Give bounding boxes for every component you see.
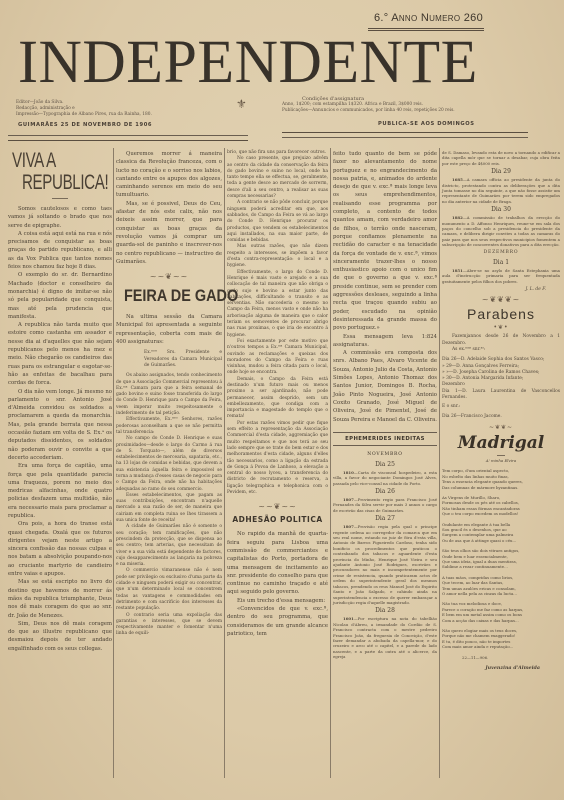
poem-date: 22—11—906.: [442, 655, 560, 660]
emblem-icon: ⚜: [236, 97, 247, 111]
ornament-divider: •❦•: [442, 324, 560, 331]
article-paragraph: A coisa está aqui está na rua e nós prec…: [8, 230, 112, 271]
article-paragraph: Mas se está escripto no livro do destino…: [8, 578, 112, 619]
header-rule-left: [8, 135, 248, 141]
poem-stanza: Ondulante em elegante á tua bellaSou gra…: [442, 522, 560, 544]
ornament-divider: ~❦❦~: [442, 424, 560, 431]
header-rule-right: [282, 132, 528, 138]
headline-madrigal: Madrigal: [442, 433, 560, 453]
article-paragraph: Os abaixo assignados, tendo conhecimento…: [116, 373, 222, 417]
column-parabens-madrigal: de S. Damaso, levando esta de novo a tor…: [442, 150, 560, 671]
column-viva-republica: VIVA A REPUBLICA! Somos cautelosos e com…: [8, 150, 112, 653]
poem-stanza: Não quero elogiar mais os teus doces,Por…: [442, 628, 560, 650]
dateline: GUIMARÃES 25 DE NOVEMBRO DE 1906: [18, 122, 152, 128]
article-paragraph: Foi exactamente por este motivo que n'ou…: [227, 339, 328, 377]
address-line: Ex.ᵐᵒˢ Srs. Presidente e Vereadores da C…: [144, 350, 222, 369]
article-paragraph: Ora pois, a hora do transe está quasi ch…: [8, 520, 112, 578]
article-paragraph: Demais, o Campo da Feira está destinado …: [227, 377, 328, 421]
conditions-line-2: Publicações—Annuncios e communicados, po…: [282, 108, 482, 114]
newspaper-page: 6.° Anno Numero 260 INDEPENDENTE Editor—…: [0, 0, 564, 800]
poem-stanza: Tem corpo, d'um oriental aspecto,No esbe…: [442, 468, 560, 490]
parabens-intro: Fazemjannos desde 26 de Novembro a 1 Dez…: [442, 334, 560, 347]
poem-stanza: A tuas mãos, compridas como lirios,Que t…: [442, 575, 560, 597]
article-paragraph: O commercio vimaranense não é nem pode s…: [116, 568, 222, 612]
article-paragraph: Era uma força de capitão, uma força que …: [8, 462, 112, 520]
article-paragraph: A commissão era composta dos snrs. Alban…: [333, 349, 437, 424]
article-paragraph: No caso presente, que prejuizo advêm ao …: [227, 156, 328, 200]
entry-year: 1601: [343, 616, 354, 621]
birthday-male-intro: E o snr.:: [442, 404, 560, 410]
ephemeris-entry: 1807—Provimento regio para Francisco Jos…: [333, 497, 437, 513]
article-paragraph: Effectivamente, Ex.ᵐᵒˢ Senhores, razões …: [116, 417, 222, 436]
ephemeris-entry: 1807—Provisão regia pela qual o principe…: [333, 524, 437, 605]
column-feira-de-gado: Queremos morrer á maneira classica da Re…: [116, 150, 222, 638]
article-paragraph: O contrario seria uma expoliação das gar…: [116, 613, 222, 638]
headline-rule: [52, 198, 68, 199]
article-paragraph: A contrario se não pôde concluir, porque…: [227, 200, 328, 244]
column-continuation: brio, que não fira uns para favorecer ou…: [227, 150, 328, 638]
ornament-divider: ~~❦~~: [116, 272, 222, 281]
ephemeris-entry: 1685—A camara officia ao presidente da j…: [442, 177, 560, 204]
day-label: Dia 29: [442, 166, 560, 177]
poem-dedication: A' minha Elvira: [442, 458, 560, 463]
signature: J. L. de F.: [442, 287, 560, 292]
column-divider: [113, 148, 114, 778]
day-label: Dia 25: [333, 459, 437, 470]
masthead-title: INDEPENDENTE: [18, 32, 471, 94]
entry-year: 1882: [452, 215, 463, 220]
imprint-press: Impressão—Typographia de Albano Pires, r…: [16, 112, 216, 118]
poem-stanza: Não tua voz melodiosa e doce,Parece o co…: [442, 601, 560, 623]
article-paragraph: No rapido da manhã de quarta-feira segui…: [227, 530, 328, 596]
ornament-divider: ~❦❦❦~: [442, 295, 560, 304]
article-paragraph: Queremos morrer á maneira classica da Re…: [116, 150, 222, 200]
ornament-divider: ~~❦~~: [227, 502, 328, 511]
ephemeris-entry: 1601—Por escriptura na nota do tabellião…: [333, 616, 437, 659]
entry-text: —Por escriptura na nota do tabellião Nic…: [333, 616, 437, 659]
issue-number: 6.° Anno Numero 260: [373, 12, 483, 28]
article-paragraph: O dia não vem longe. Já mesmo no parlame…: [8, 388, 112, 463]
entry-year: 1810: [343, 470, 354, 475]
day-label: Dia 27: [333, 513, 437, 524]
column-divider: [224, 148, 225, 778]
entry-year: 1807: [343, 524, 354, 529]
ephemeris-entry: 1810—Carta de visconsul hospedeiro, a es…: [333, 470, 437, 486]
entry-year: 1685: [452, 177, 463, 182]
article-paragraph: Eis um trecho d'essa mensagem:: [227, 597, 328, 605]
subscription-conditions: Condições d'assignatura Anno, 1$200; com…: [282, 96, 482, 115]
poem: Tem corpo, d'um oriental aspecto,No esbe…: [442, 468, 560, 671]
article-paragraph: feito tudo quanto de bem se póde fazer n…: [333, 150, 437, 333]
article-paragraph: de S. Damaso, levando esta de novo a tor…: [442, 150, 560, 166]
publication-day: PUBLICA-SE AOS DOMINGOS: [378, 121, 475, 127]
entry-year: 1807: [343, 497, 354, 502]
entry-text: —A commissão de trabalhos da erecção do …: [442, 215, 560, 247]
article-paragraph: Essa mensagem leva 1:824 assignaturas.: [333, 333, 437, 350]
poem-stanza: São teus olhos são dois vitraes antigos,…: [442, 548, 560, 570]
headline-viva: VIVA A: [12, 150, 84, 172]
article-paragraph: Mas outras razões, que não dizem respeit…: [227, 244, 328, 269]
article-intro: Na ultima sessão da Camara Municipal foi…: [116, 313, 222, 346]
ephemerides-title: EPHEMERIDES INEDITAS: [333, 432, 437, 446]
birthday-entry: Dia 1—D. Laura Laurentina de Vasconcello…: [442, 389, 560, 402]
imprint: Editor—João da Silva. Redacção, administ…: [16, 100, 216, 119]
entry-year: 1851: [452, 268, 463, 273]
article-paragraph: Esses estabelecimentos, que pagam as sua…: [116, 493, 222, 524]
article-paragraph: Mas, se é possivel, Deus do Ceu, afastar…: [116, 200, 222, 266]
poem-author: Juvenzina d'Almeida: [442, 666, 560, 671]
article-paragraph: «Convencidos de que v. exc.ª, dentro do …: [227, 605, 328, 638]
article-paragraph: Sim, Deus nos dê mais coragem do que ao …: [8, 620, 112, 653]
ephemeris-entry: 1851—Abre-se no asylo de Santa Estephani…: [442, 268, 560, 284]
article-paragraph: Effectivamente, o largo do Conde D. Henr…: [227, 270, 328, 339]
article-paragraph: Somos cautelosos e como taes vamos já so…: [8, 205, 112, 230]
headline-parabens: Parabens: [442, 306, 560, 322]
ephemeris-entry: 1882—A commissão de trabalhos da erecção…: [442, 215, 560, 247]
article-paragraph: O exemplo do sr. dr. Bernardino Machado …: [8, 271, 112, 321]
title-rule: [497, 455, 505, 456]
article-paragraph: Por estas razões vimos pedir que fique s…: [227, 421, 328, 497]
article-paragraph: A republica não tarda muito que estoire …: [8, 321, 112, 387]
column-divider: [330, 148, 331, 778]
article-paragraph: No campo do Conde D. Henrique e suas pro…: [116, 436, 222, 493]
day-label: Dia 26: [333, 486, 437, 497]
month-label: DEZEMBRO: [442, 248, 560, 257]
birthday-entry: Dia 26—Francisco Jacome.: [442, 414, 560, 420]
day-label: Dia 1: [442, 257, 560, 268]
poem-stanza: As Virgens de Murillo, Sharo,Formosas de…: [442, 495, 560, 517]
month-label: NOVEMBRO: [333, 450, 437, 459]
headline-republica: REPUBLICA!: [22, 172, 87, 194]
entry-text: —Provisão regia pela qual o principe reg…: [333, 524, 437, 605]
column-divider: [439, 148, 440, 778]
column-adhesao-ephemerides: feito tudo quanto de bem se póde fazer n…: [333, 150, 437, 660]
headline-feira-de-gado: FEIRA DE GADO: [124, 285, 214, 307]
day-label: Dia 28: [333, 605, 437, 616]
day-label: Dia 30: [442, 204, 560, 215]
headline-adhesao-politica: ADHESÃO POLITICA: [227, 515, 328, 524]
article-paragraph: A cidade de Guimarães não é somente o se…: [116, 524, 222, 568]
